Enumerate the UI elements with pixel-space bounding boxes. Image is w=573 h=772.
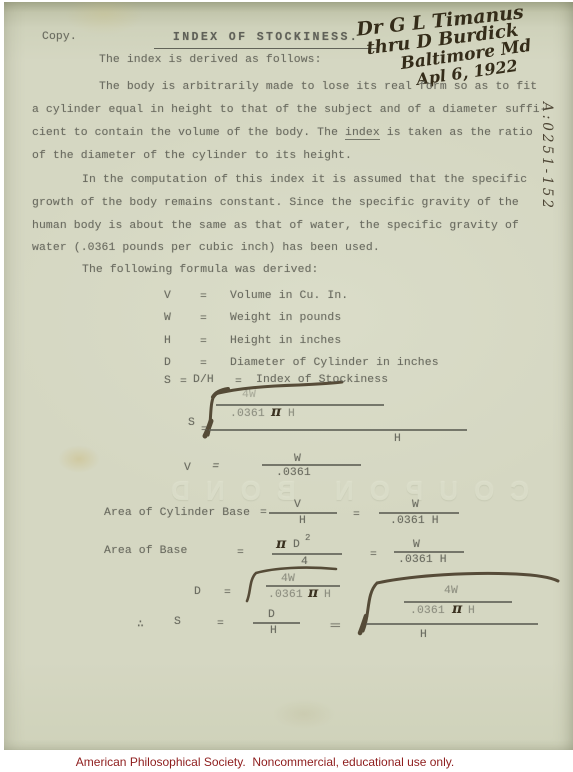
copy-label: Copy. xyxy=(42,31,77,43)
area-base-exp: 2 xyxy=(305,533,311,543)
fraction-bar xyxy=(394,551,464,553)
area-cyl-eq: = xyxy=(260,507,267,519)
formula-s2-n1: D xyxy=(268,609,275,621)
typed-line: The index is derived as follows: xyxy=(99,54,322,66)
formula-s2-num: 4W xyxy=(444,585,458,597)
formula-s2-const: .0361 xyxy=(410,605,445,617)
formula-d-h: H xyxy=(324,589,331,601)
formula-s2-eq: = xyxy=(330,621,342,633)
typed-line: The body is arbitrarily made to lose its… xyxy=(99,81,537,93)
area-base-sym: D xyxy=(293,539,300,551)
area-base-n2: W xyxy=(413,539,420,551)
fraction-bar xyxy=(262,464,361,466)
formula-s2-eq: = xyxy=(217,618,224,630)
def-symbol: D xyxy=(164,357,171,369)
stockiness-text: Index of Stockiness xyxy=(256,374,388,386)
area-base-den: 4 xyxy=(301,556,308,568)
underlined-word: index xyxy=(345,127,380,140)
area-cyl-label: Area of Cylinder Base xyxy=(104,507,250,519)
document-scan: COUPON BOND Copy. INDEX OF STOCKINESS. D… xyxy=(0,0,573,772)
archive-code: A:0251-152 xyxy=(539,102,555,267)
def-text: Weight in pounds xyxy=(230,312,341,324)
handwritten-pi: π xyxy=(452,601,462,617)
formula-d-const: .0361 xyxy=(268,589,303,601)
fraction-bar xyxy=(269,512,337,514)
footer-credit-bar: American Philosophical Society. Noncomme… xyxy=(0,750,573,772)
typed-line: water (.0361 pounds per cubic inch) has … xyxy=(32,242,380,254)
formula-s1-h: H xyxy=(288,408,295,420)
def-symbol: H xyxy=(164,335,171,347)
handwritten-pi: π xyxy=(271,404,281,420)
fraction-bar xyxy=(272,553,342,555)
stockiness-ratio: D/H xyxy=(193,374,214,386)
area-cyl-n2: W xyxy=(412,499,419,511)
def-equals: = xyxy=(200,336,207,348)
typed-line: human body is about the same as that of … xyxy=(32,220,519,232)
formula-v-eq: = xyxy=(211,461,221,473)
formula-s2-outer-den: H xyxy=(420,629,427,641)
area-cyl-d2: .0361 H xyxy=(390,515,439,527)
typed-segment: is taken as the ratio xyxy=(380,127,533,139)
typed-segment: cient to contain the volume of the body.… xyxy=(32,127,345,139)
formula-s2-lhs: S xyxy=(174,616,181,628)
def-equals: = xyxy=(200,313,207,325)
fraction-bar xyxy=(209,429,467,431)
formula-d-num: 4W xyxy=(281,573,295,585)
fraction-bar xyxy=(216,404,384,406)
typed-line: growth of the body remains constant. Sin… xyxy=(32,197,519,209)
fraction-bar xyxy=(366,623,538,625)
def-symbol: W xyxy=(164,312,171,324)
formula-v-lhs: V xyxy=(184,462,191,474)
formula-d-eq: = xyxy=(224,587,231,599)
page-title: INDEX OF STOCKINESS. xyxy=(154,27,378,49)
handwritten-pi: π xyxy=(308,585,318,601)
formula-s1-lhs: S xyxy=(188,417,195,429)
watermark: COUPON BOND xyxy=(79,476,529,507)
handdrawn-radical-strokes xyxy=(4,2,573,772)
stockiness-eq: = xyxy=(235,376,242,388)
therefore-sign: ∴ xyxy=(137,616,144,631)
stockiness-sym: S xyxy=(164,375,171,387)
fraction-bar xyxy=(253,622,300,624)
typed-line: cient to contain the volume of the body.… xyxy=(32,127,533,139)
area-cyl-d1: H xyxy=(299,515,306,527)
area-base-eq: = xyxy=(237,547,244,559)
formula-s1-num: 4W xyxy=(242,389,256,401)
typed-line: a cylinder equal in height to that of th… xyxy=(32,104,547,116)
typed-line: In the computation of this index it is a… xyxy=(82,174,527,186)
formula-s2-h: H xyxy=(468,605,475,617)
area-base-eq: = xyxy=(370,549,377,561)
credit-text: American Philosophical Society. Noncomme… xyxy=(0,755,530,769)
fraction-bar xyxy=(379,512,459,514)
def-text: Diameter of Cylinder in inches xyxy=(230,357,439,369)
handwritten-pi: π xyxy=(276,536,286,552)
formula-s2-d1: H xyxy=(270,625,277,637)
area-cyl-n1: V xyxy=(294,499,301,511)
typed-line: The following formula was derived: xyxy=(82,264,319,276)
page-title-text: INDEX OF STOCKINESS. xyxy=(173,31,359,44)
formula-s1-const: .0361 xyxy=(230,408,265,420)
def-text: Volume in Cu. In. xyxy=(230,290,348,302)
def-equals: = xyxy=(200,358,207,370)
def-equals: = xyxy=(200,291,207,303)
formula-v-den: .0361 xyxy=(276,467,311,479)
area-cyl-eq: = xyxy=(353,509,360,521)
formula-s1-outer-den: H xyxy=(394,433,401,445)
fraction-bar xyxy=(266,585,340,587)
formula-d-lhs: D xyxy=(194,586,201,598)
def-text: Height in inches xyxy=(230,335,341,347)
def-symbol: V xyxy=(164,290,171,302)
stockiness-eq: = xyxy=(180,376,187,388)
typed-line: of the diameter of the cylinder to its h… xyxy=(32,150,352,162)
paper-page: COUPON BOND Copy. INDEX OF STOCKINESS. D… xyxy=(4,2,573,750)
area-base-d2: .0361 H xyxy=(398,554,447,566)
area-base-label: Area of Base xyxy=(104,545,187,557)
formula-s1-eq: = xyxy=(201,424,208,436)
